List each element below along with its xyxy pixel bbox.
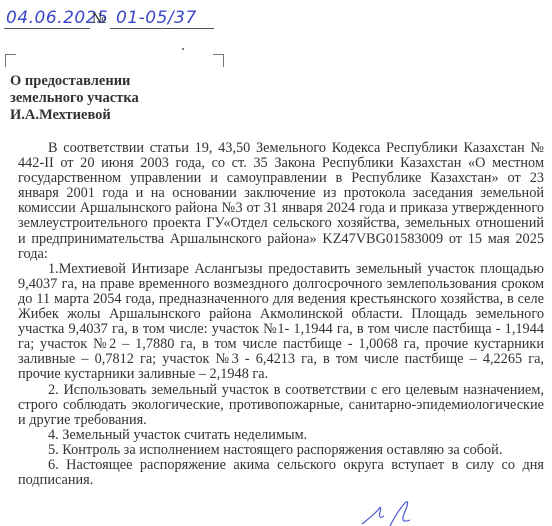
date-underline xyxy=(4,28,90,29)
stray-dot xyxy=(182,48,184,50)
corner-bracket-right-icon xyxy=(213,54,224,67)
subject-line-1: О предоставлении xyxy=(10,73,139,90)
signature-icon xyxy=(360,500,440,526)
corner-bracket-left-icon xyxy=(5,54,16,67)
item-4-paragraph: 4. Земельный участок считать неделимым. xyxy=(18,428,544,443)
item-2-paragraph: 2. Использовать земельный участок в соот… xyxy=(18,383,544,428)
document-body: В соответствии статьи 19, 43,50 Земельно… xyxy=(18,141,544,488)
subject-line-2: земельного участка xyxy=(10,90,139,107)
document-subject: О предоставлении земельного участка И.А.… xyxy=(10,73,139,124)
item-5-paragraph: 5. Контроль за исполнением настоящего ра… xyxy=(18,443,544,458)
item-6-paragraph: 6. Настоящее распоряжение акима сельског… xyxy=(18,458,544,488)
preamble-paragraph: В соответствии статьи 19, 43,50 Земельно… xyxy=(18,141,544,262)
item-1-paragraph: 1.Мехтиевой Интизаре Аслангызы предостав… xyxy=(18,262,544,383)
number-sign: № xyxy=(92,11,106,28)
number-underline xyxy=(110,28,214,29)
subject-line-3: И.А.Мехтиевой xyxy=(10,107,139,124)
handwritten-number: 01-05/37 xyxy=(116,8,197,28)
